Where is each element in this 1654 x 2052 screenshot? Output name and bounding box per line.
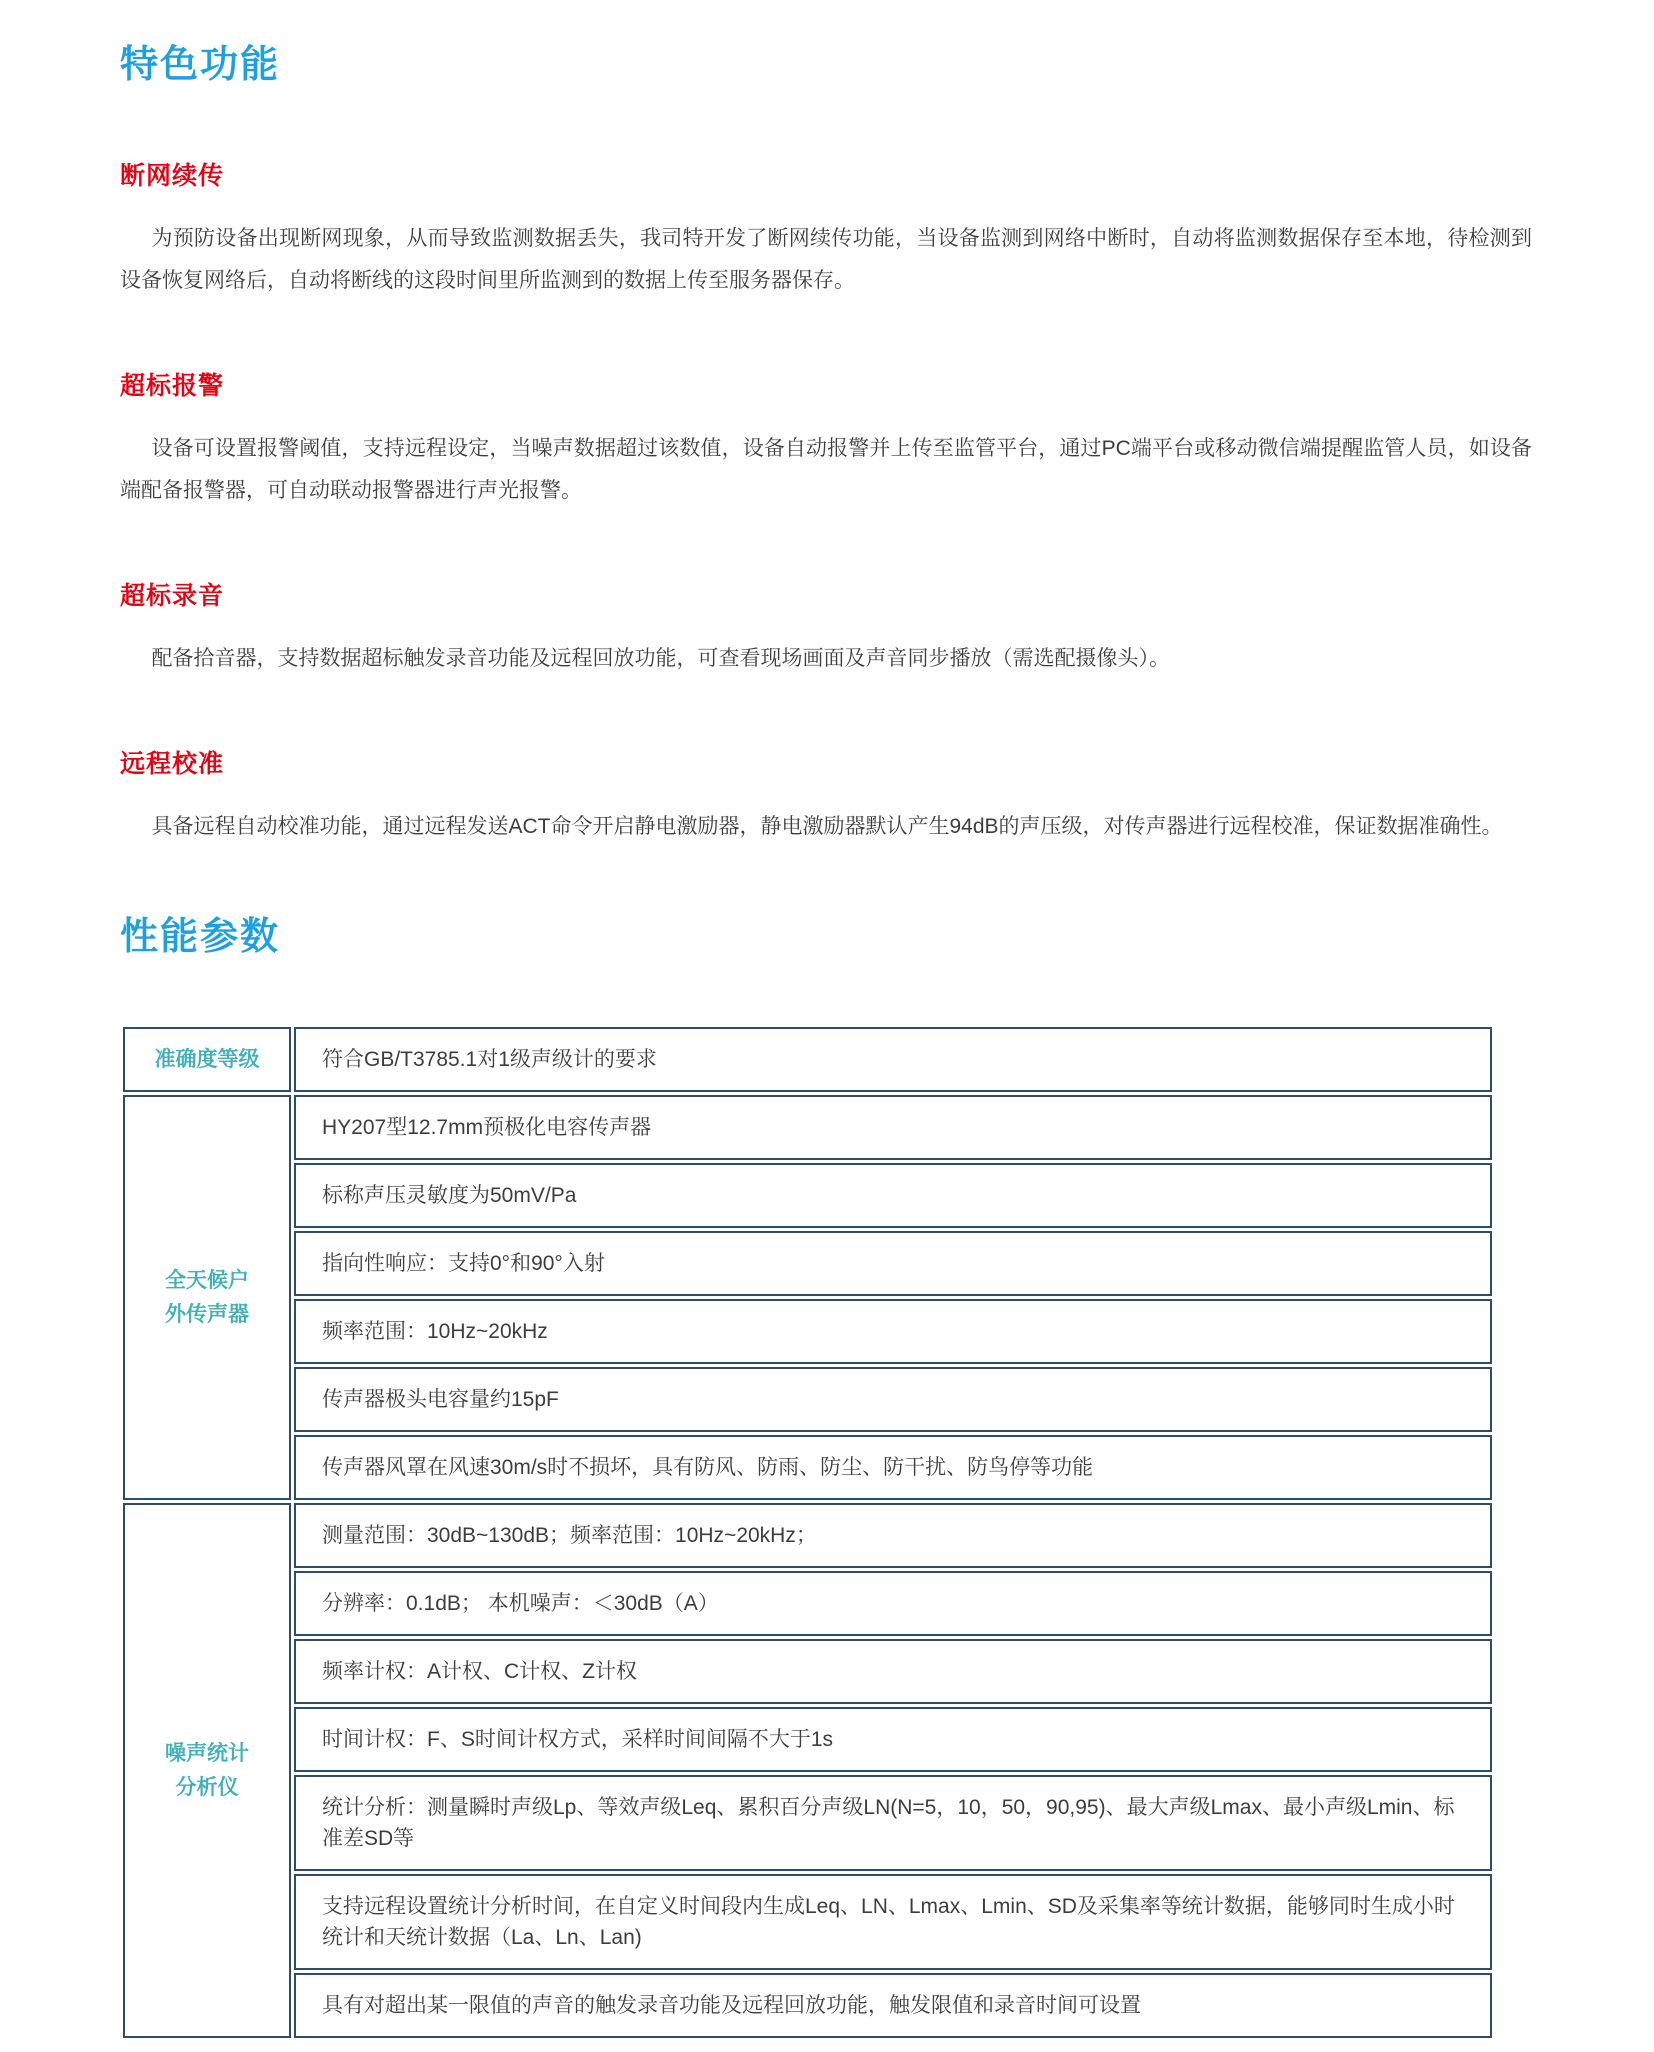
spec-label-outdoor-microphone: 全天候户 外传声器 bbox=[123, 1095, 291, 1500]
spec-value: 统计分析：测量瞬时声级Lp、等效声级Leq、累积百分声级LN(N=5，10，50… bbox=[294, 1775, 1492, 1871]
feature-heading-remote-calibration: 远程校准 bbox=[120, 746, 1532, 782]
spec-row: 全天候户 外传声器HY207型12.7mm预极化电容传声器 bbox=[123, 1095, 1492, 1160]
spec-table: 准确度等级符合GB/T3785.1对1级声级计的要求全天候户 外传声器HY207… bbox=[120, 1024, 1495, 2041]
spec-value: 符合GB/T3785.1对1级声级计的要求 bbox=[294, 1027, 1492, 1092]
spec-row: 支持远程设置统计分析时间，在自定义时间段内生成Leq、LN、Lmax、Lmin、… bbox=[123, 1874, 1492, 1970]
feature-section-remote-calibration: 远程校准 具备远程自动校准功能，通过远程发送ACT命令开启静电激励器，静电激励器… bbox=[120, 746, 1532, 848]
spec-row: 频率计权：A计权、C计权、Z计权 bbox=[123, 1639, 1492, 1704]
spec-row: 具有对超出某一限值的声音的触发录音功能及远程回放功能，触发限值和录音时间可设置 bbox=[123, 1973, 1492, 2038]
spec-value: HY207型12.7mm预极化电容传声器 bbox=[294, 1095, 1492, 1160]
spec-value: 分辨率：0.1dB； 本机噪声：＜30dB（A） bbox=[294, 1571, 1492, 1636]
spec-table-body: 准确度等级符合GB/T3785.1对1级声级计的要求全天候户 外传声器HY207… bbox=[123, 1027, 1492, 2038]
feature-paragraph-over-limit-alarm: 设备可设置报警阈值，支持远程设定，当噪声数据超过该数值，设备自动报警并上传至监管… bbox=[120, 428, 1532, 512]
spec-row: 传声器风罩在风速30m/s时不损坏，具有防风、防雨、防尘、防干扰、防鸟停等功能 bbox=[123, 1435, 1492, 1500]
spec-value: 支持远程设置统计分析时间，在自定义时间段内生成Leq、LN、Lmax、Lmin、… bbox=[294, 1874, 1492, 1970]
feature-heading-offline-transfer: 断网续传 bbox=[120, 158, 1532, 194]
spec-value: 频率范围：10Hz~20kHz bbox=[294, 1299, 1492, 1364]
feature-section-over-limit-recording: 超标录音 配备拾音器，支持数据超标触发录音功能及远程回放功能，可查看现场画面及声… bbox=[120, 578, 1532, 680]
feature-heading-over-limit-recording: 超标录音 bbox=[120, 578, 1532, 614]
page-title-performance: 性能参数 bbox=[120, 848, 1532, 964]
product-spec-page: 特色功能 断网续传 为预防设备出现断网现象，从而导致监测数据丢失，我司特开发了断… bbox=[0, 0, 1654, 2052]
spec-value: 传声器极头电容量约15pF bbox=[294, 1367, 1492, 1432]
spec-label-noise-analyzer: 噪声统计 分析仪 bbox=[123, 1503, 291, 2038]
spec-value: 时间计权：F、S时间计权方式，采样时间间隔不大于1s bbox=[294, 1707, 1492, 1772]
page-title-features: 特色功能 bbox=[120, 0, 1532, 92]
feature-section-over-limit-alarm: 超标报警 设备可设置报警阈值，支持远程设定，当噪声数据超过该数值，设备自动报警并… bbox=[120, 368, 1532, 512]
feature-paragraph-remote-calibration: 具备远程自动校准功能，通过远程发送ACT命令开启静电激励器，静电激励器默认产生9… bbox=[120, 806, 1532, 848]
spec-row: 噪声统计 分析仪测量范围：30dB~130dB；频率范围：10Hz~20kHz； bbox=[123, 1503, 1492, 1568]
feature-paragraph-over-limit-recording: 配备拾音器，支持数据超标触发录音功能及远程回放功能，可查看现场画面及声音同步播放… bbox=[120, 638, 1532, 680]
spec-row: 分辨率：0.1dB； 本机噪声：＜30dB（A） bbox=[123, 1571, 1492, 1636]
spec-row: 频率范围：10Hz~20kHz bbox=[123, 1299, 1492, 1364]
spec-row: 标称声压灵敏度为50mV/Pa bbox=[123, 1163, 1492, 1228]
feature-section-offline-transfer: 断网续传 为预防设备出现断网现象，从而导致监测数据丢失，我司特开发了断网续传功能… bbox=[120, 158, 1532, 302]
spec-row: 统计分析：测量瞬时声级Lp、等效声级Leq、累积百分声级LN(N=5，10，50… bbox=[123, 1775, 1492, 1871]
spec-value: 具有对超出某一限值的声音的触发录音功能及远程回放功能，触发限值和录音时间可设置 bbox=[294, 1973, 1492, 2038]
spec-value: 标称声压灵敏度为50mV/Pa bbox=[294, 1163, 1492, 1228]
spec-row: 指向性响应：支持0°和90°入射 bbox=[123, 1231, 1492, 1296]
spec-value: 传声器风罩在风速30m/s时不损坏，具有防风、防雨、防尘、防干扰、防鸟停等功能 bbox=[294, 1435, 1492, 1500]
spec-value: 测量范围：30dB~130dB；频率范围：10Hz~20kHz； bbox=[294, 1503, 1492, 1568]
spec-row: 准确度等级符合GB/T3785.1对1级声级计的要求 bbox=[123, 1027, 1492, 1092]
spec-row: 传声器极头电容量约15pF bbox=[123, 1367, 1492, 1432]
spec-value: 指向性响应：支持0°和90°入射 bbox=[294, 1231, 1492, 1296]
spec-label-accuracy: 准确度等级 bbox=[123, 1027, 291, 1092]
spec-row: 时间计权：F、S时间计权方式，采样时间间隔不大于1s bbox=[123, 1707, 1492, 1772]
feature-heading-over-limit-alarm: 超标报警 bbox=[120, 368, 1532, 404]
spec-value: 频率计权：A计权、C计权、Z计权 bbox=[294, 1639, 1492, 1704]
feature-paragraph-offline-transfer: 为预防设备出现断网现象，从而导致监测数据丢失，我司特开发了断网续传功能，当设备监… bbox=[120, 218, 1532, 302]
